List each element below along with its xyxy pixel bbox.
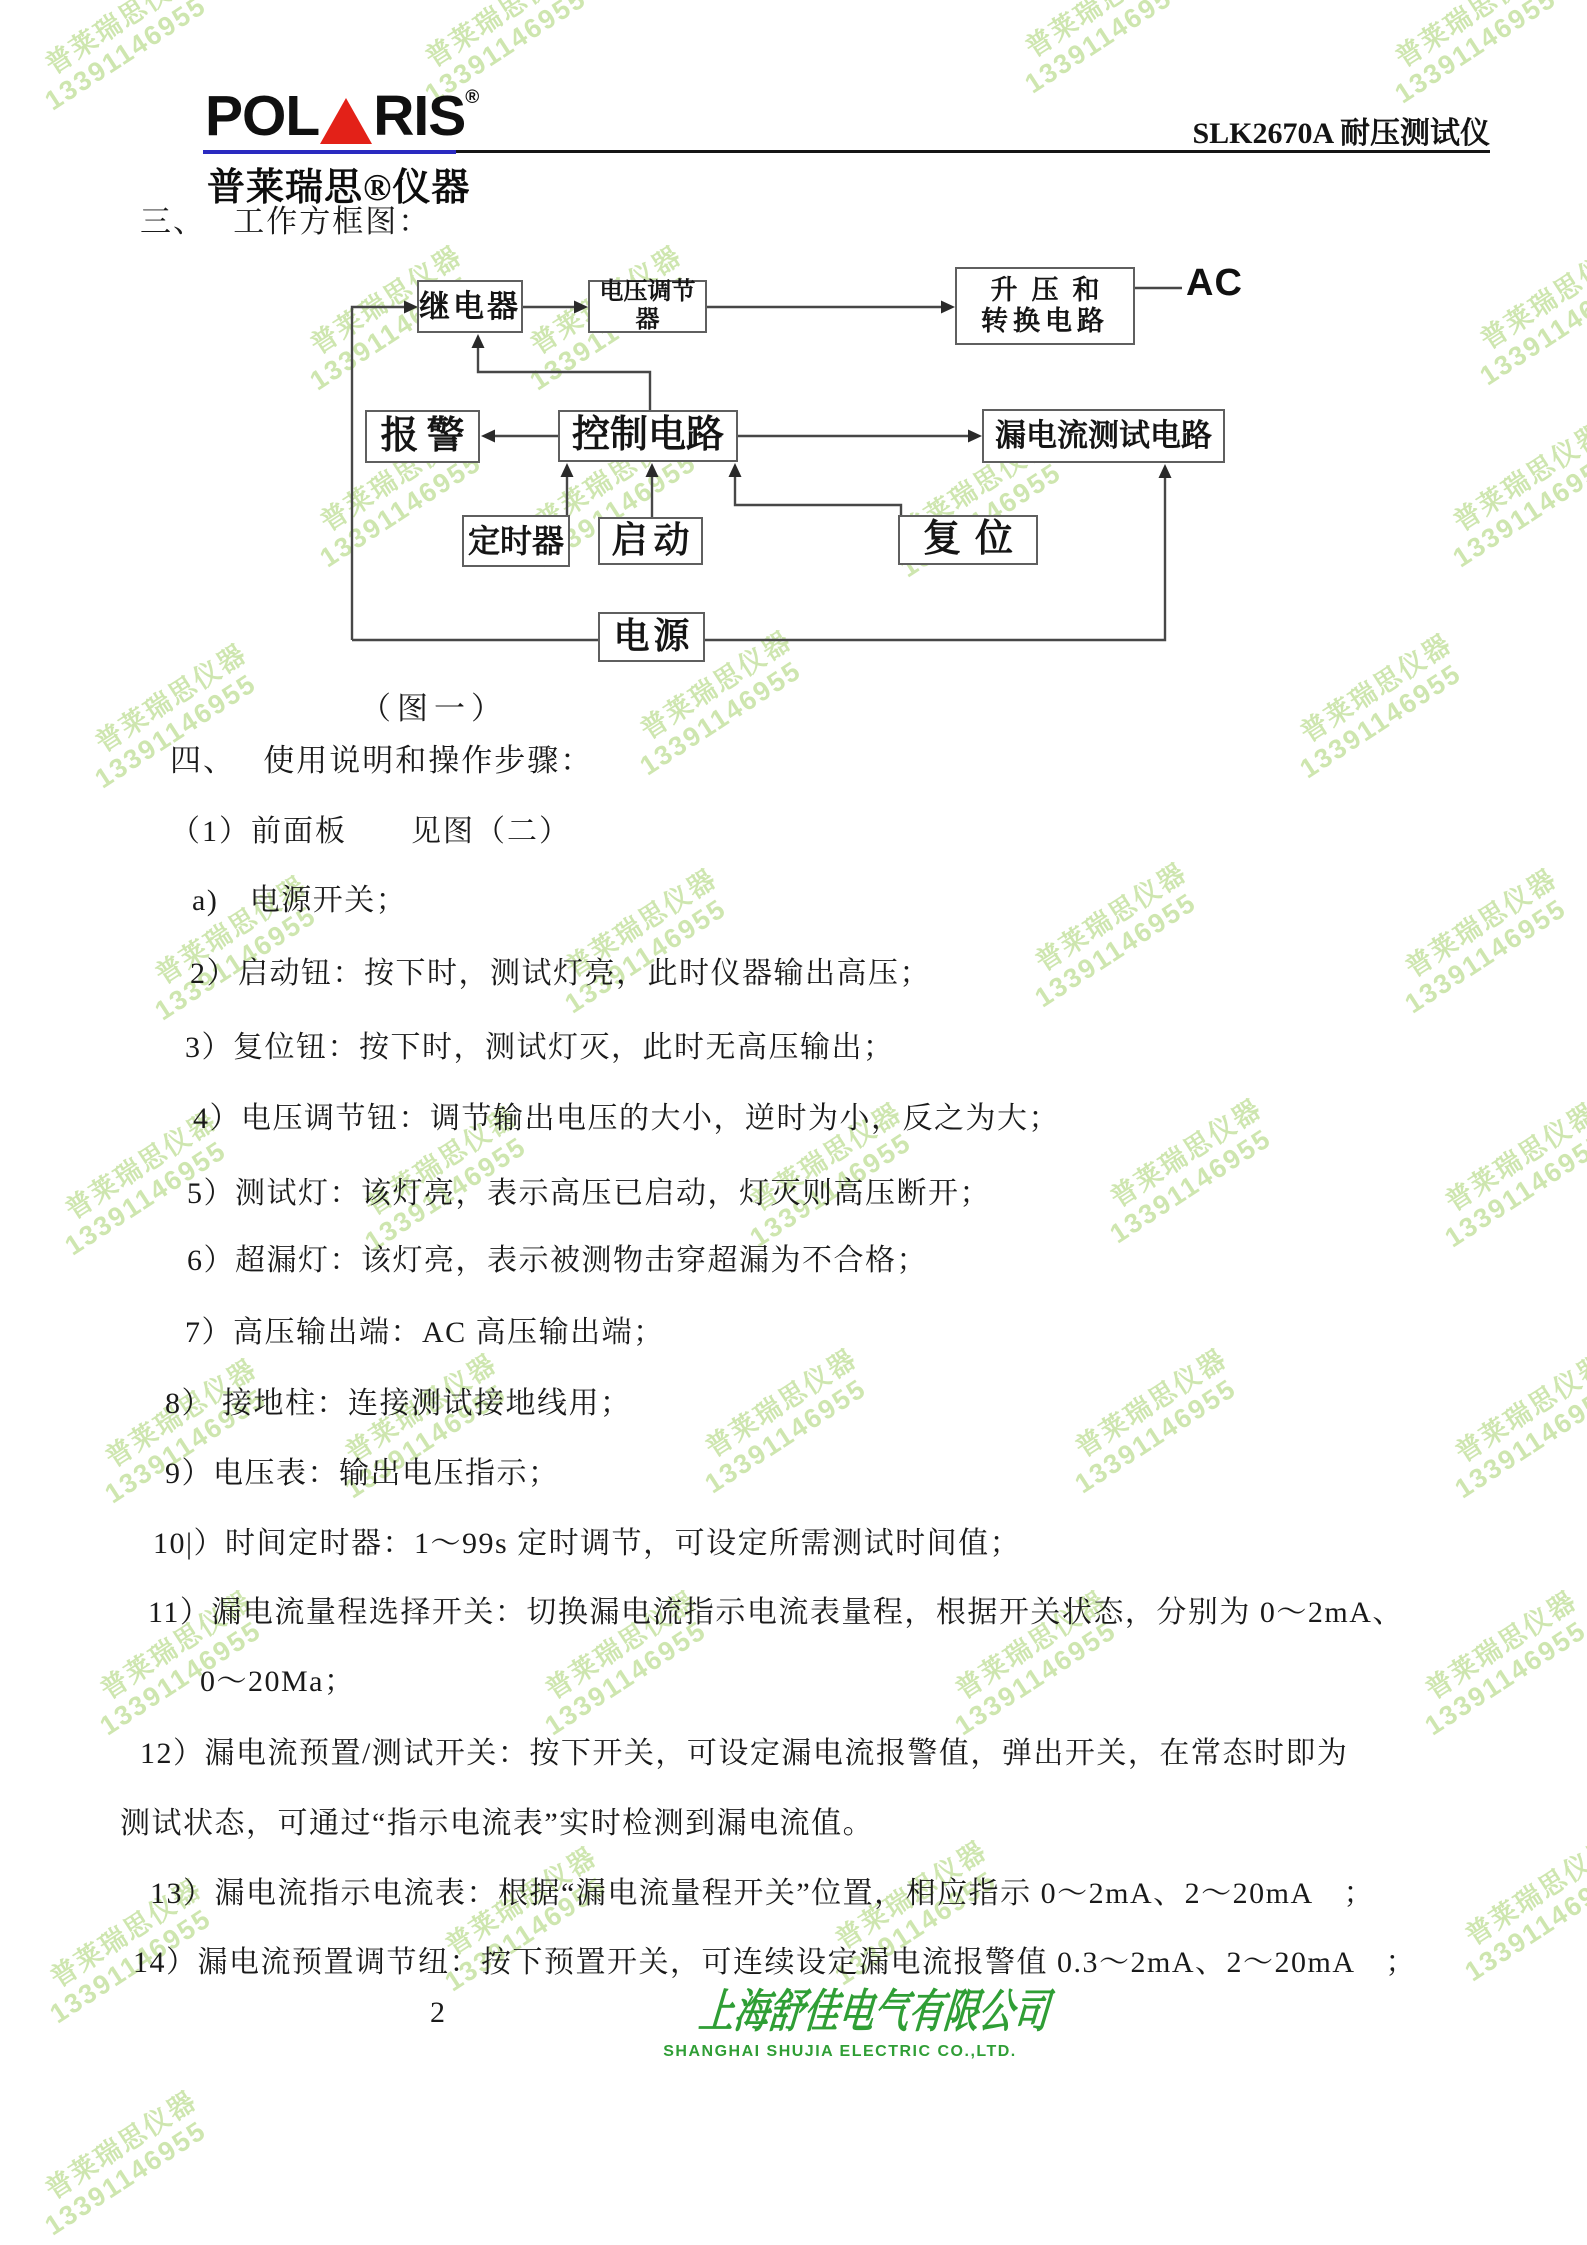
page-number: 2	[430, 1996, 445, 2030]
list-line: 11）漏电流量程选择开关：切换漏电流指示电流表量程，根据开关状态，分别为 0～2…	[148, 1587, 1404, 1631]
flow-box-start: 启动	[598, 517, 703, 565]
watermark: 普莱瑞思仪器13391146955	[1460, 1831, 1587, 1976]
list-line: 10|）时间定时器：1～99s 定时调节，可设定所需测试时间值；	[153, 1518, 1021, 1562]
figure1-caption: （图一）	[360, 683, 508, 728]
watermark: 普莱瑞思仪器13391146955	[40, 2085, 219, 2230]
list-line: 测试状态，可通过“指示电流表”实时检测到漏电流值。	[120, 1798, 874, 1842]
watermark-phone: 13391146955	[1440, 1123, 1587, 1254]
watermark-phone: 13391146955	[700, 1369, 879, 1500]
section4-heading: 四、 使用说明和操作步骤：	[170, 735, 593, 780]
watermark-text: 普莱瑞思仪器	[700, 1343, 862, 1463]
watermark-phone: 13391146955	[1030, 883, 1209, 1014]
list-line: a) 电源开关；	[192, 875, 407, 919]
company-logo: 上海舒佳电气有限公司 SHANGHAI SHUJIA ELECTRIC CO.,…	[655, 1984, 1025, 2061]
watermark-text: 普莱瑞思仪器	[1070, 1343, 1232, 1463]
watermark-text: 普莱瑞思仪器	[1420, 1585, 1582, 1705]
watermark-text: 普莱瑞思仪器	[1105, 1093, 1267, 1213]
watermark-phone: 13391146955	[1420, 1611, 1587, 1742]
list-line: 3）复位钮：按下时，测试灯灭，此时无高压输出；	[185, 1022, 895, 1066]
flow-box-alarm: 报警	[365, 410, 480, 463]
flow-box-power: 电源	[598, 612, 705, 662]
list-line: 2）启动钮：按下时，测试灯亮，此时仪器输出高压；	[190, 948, 931, 992]
list-line: 0～20Ma；	[200, 1656, 356, 1700]
ac-output-label: AC	[1186, 262, 1243, 305]
watermark-text: 普莱瑞思仪器	[1450, 1348, 1587, 1468]
watermark-phone: 13391146955	[1450, 1374, 1587, 1505]
watermark-phone: 13391146955	[1400, 889, 1579, 1020]
flow-box-regulator: 电压调节器	[588, 280, 707, 333]
flow-box-control: 控制电路	[558, 410, 738, 462]
watermark: 普莱瑞思仪器13391146955	[1400, 863, 1579, 1008]
section4-subheading: （1）前面板 见图（二）	[170, 806, 571, 850]
flow-box-timer: 定时器	[462, 515, 570, 567]
manual-page: 普莱瑞思仪器13391146955普莱瑞思仪器13391146955普莱瑞思仪器…	[0, 0, 1587, 2245]
watermark: 普莱瑞思仪器13391146955	[1440, 1097, 1587, 1242]
flowchart-lines	[0, 0, 1587, 800]
list-line: 5）测试灯：该灯亮，表示高压已启动，灯灭则高压断开；	[187, 1168, 991, 1212]
flow-box-leakage: 漏电流测试电路	[982, 409, 1225, 463]
flow-box-boost: 升压和 转换电路	[955, 267, 1135, 345]
watermark-text: 普莱瑞思仪器	[40, 2085, 202, 2205]
list-line: 8） 接地柱：连接测试接地线用；	[165, 1378, 632, 1422]
flow-box-boost-line1: 升压和	[977, 275, 1114, 306]
watermark-text: 普莱瑞思仪器	[1440, 1097, 1587, 1217]
watermark-text: 普莱瑞思仪器	[1400, 863, 1562, 983]
list-line: 4）电压调节钮：调节输出电压的大小，逆时为小，反之为大；	[193, 1093, 1060, 1137]
watermark: 普莱瑞思仪器13391146955	[1070, 1343, 1249, 1488]
flow-box-reset: 复位	[898, 515, 1038, 565]
flow-box-boost-line2: 转换电路	[981, 306, 1109, 337]
watermark-phone: 13391146955	[1105, 1119, 1284, 1250]
company-name-cn: 上海舒佳电气有限公司	[696, 1984, 983, 2039]
list-line: 14）漏电流预置调节纽：按下预置开关，可连续设定漏电流报警值 0.3～2mA、2…	[133, 1937, 1417, 1981]
list-line: 13）漏电流指示电流表：根据“漏电流量程开关”位置，相应指示 0～2mA、2～2…	[150, 1868, 1375, 1912]
watermark: 普莱瑞思仪器13391146955	[1105, 1093, 1284, 1238]
watermark: 普莱瑞思仪器13391146955	[700, 1343, 879, 1488]
list-line: 7）高压输出端：AC 高压输出端；	[185, 1307, 665, 1351]
watermark-phone: 13391146955	[1070, 1369, 1249, 1500]
flow-box-relay: 继电器	[417, 280, 523, 333]
watermark: 普莱瑞思仪器13391146955	[1450, 1348, 1587, 1493]
watermark-text: 普莱瑞思仪器	[1030, 857, 1192, 977]
watermark: 普莱瑞思仪器13391146955	[1030, 857, 1209, 1002]
watermark-text: 普莱瑞思仪器	[1460, 1831, 1587, 1951]
list-line: 12）漏电流预置/测试开关：按下开关，可设定漏电流报警值，弹出开关，在常态时即为	[140, 1728, 1348, 1772]
list-line: 6）超漏灯：该灯亮，表示被测物击穿超漏为不合格；	[187, 1235, 928, 1279]
list-line: 9）电压表：输出电压指示；	[165, 1448, 560, 1492]
watermark-phone: 13391146955	[1460, 1857, 1587, 1988]
company-name-en: SHANGHAI SHUJIA ELECTRIC CO.,LTD.	[655, 2043, 1025, 2061]
watermark: 普莱瑞思仪器13391146955	[1420, 1585, 1587, 1730]
watermark-phone: 13391146955	[40, 2111, 219, 2242]
